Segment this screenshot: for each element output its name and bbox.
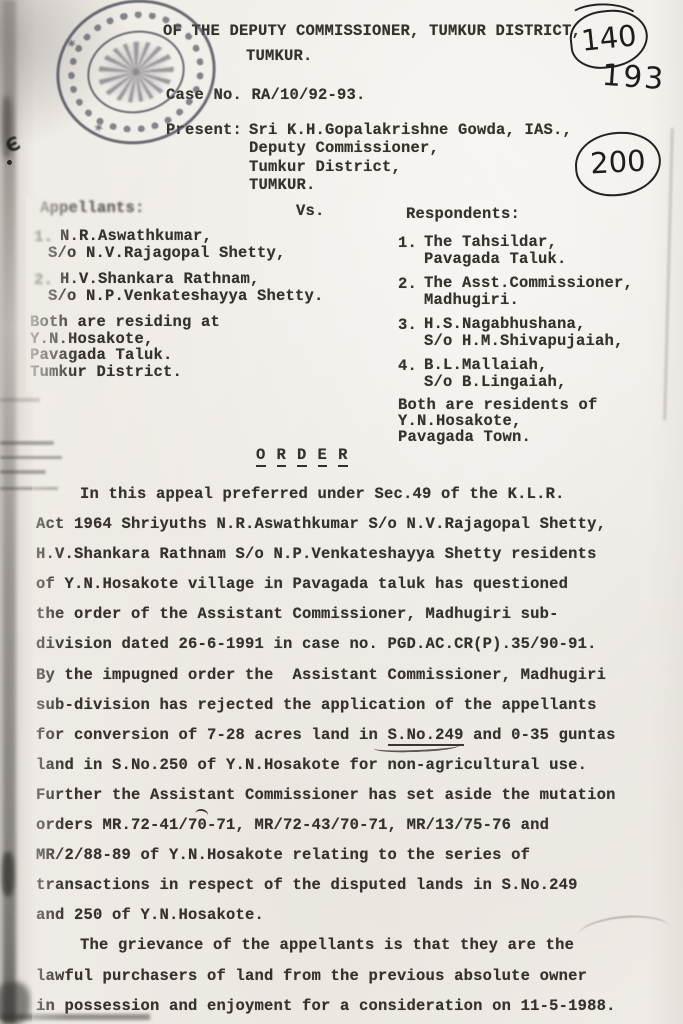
handwritten-number-annotation: 193 <box>601 58 667 97</box>
scan-streak <box>0 470 46 474</box>
appellants-list: 1.N.R.Aswathkumar,S/o N.V.Rajagopal Shet… <box>34 228 324 314</box>
order-heading-letter: E <box>318 446 328 467</box>
appellants-label: Appellants: <box>40 199 145 217</box>
party-item: 3.H.S.Nagabhushana,S/o H.M.Shivapujaiah, <box>398 316 633 349</box>
respondents-list: 1.The Tahsildar,Pavagada Taluk.2.The Ass… <box>398 234 633 398</box>
order-line: H.V.Shankara Rathnam S/o N.P.Venkateshay… <box>36 539 646 569</box>
order-line: land in S.No.250 of Y.N.Hosakote for non… <box>36 750 646 780</box>
order-line: The grievance of the appellants is that … <box>36 930 646 960</box>
order-heading-letter: R <box>277 446 287 467</box>
party-item: 2.H.V.Shankara Rathnam,S/o N.P.Venkatesh… <box>34 271 324 304</box>
order-heading-letter: R <box>338 446 348 467</box>
text-line: Deputy Commissioner, <box>249 139 572 157</box>
party-name-lines: The Tahsildar,Pavagada Taluk. <box>424 234 567 267</box>
order-line: orders MR.72-41/70-71, MR/72-43/70-71, M… <box>36 810 646 840</box>
text-line: Tumkur District, <box>249 158 572 176</box>
order-line: for conversion of 7-28 acres land in S.N… <box>36 720 646 750</box>
court-title-line1: OF THE DEPUTY COMMISSIONER, TUMKUR DISTR… <box>163 22 581 40</box>
respondents-address: Both are residents ofY.N.Hosakote,Pavaga… <box>398 398 598 445</box>
order-line: of Y.N.Hosakote village in Pavagada talu… <box>36 569 646 599</box>
party-item: 1.The Tahsildar,Pavagada Taluk. <box>398 234 633 267</box>
court-title-line2: TUMKUR. <box>246 47 313 65</box>
party-number: 1. <box>398 234 424 267</box>
circled-number-annotation: 200 <box>573 130 662 198</box>
party-number: 1. <box>34 228 60 261</box>
pen-dot-mark <box>7 160 12 165</box>
order-body-text: In this appeal preferred under Sec.49 of… <box>36 479 646 1021</box>
order-line: and 250 of Y.N.Hosakote. <box>36 900 646 930</box>
paper-fold-line <box>663 128 674 420</box>
party-number: 2. <box>34 271 60 304</box>
order-line: the order of the Assistant Commissioner,… <box>36 599 646 629</box>
order-line: sub-division has rejected the applicatio… <box>36 690 646 720</box>
appellants-address: Both are residing atY.N.Hosakote,Pavagad… <box>30 314 220 380</box>
party-item: 4.B.L.Mallaiah,S/o B.Lingaiah, <box>398 357 633 390</box>
scan-streak <box>0 456 62 459</box>
order-heading: ORDER <box>256 446 359 467</box>
order-heading-letter: O <box>256 446 266 467</box>
respondents-label: Respondents: <box>406 205 520 223</box>
present-officer-details: Sri K.H.Gopalakrishne Gowda, IAS.,Deputy… <box>249 121 572 195</box>
party-name-lines: N.R.Aswathkumar,S/o N.V.Rajagopal Shetty… <box>60 228 286 261</box>
order-line: Further the Assistant Commissioner has s… <box>36 780 646 810</box>
party-number: 2. <box>398 275 424 308</box>
party-item: 1.N.R.Aswathkumar,S/o N.V.Rajagopal Shet… <box>34 228 324 261</box>
scanned-document-page: Є * * 140 193 200 OF THE DEPUTY COMMISSI… <box>0 0 683 1024</box>
order-line: By the impugned order the Assistant Comm… <box>36 660 646 690</box>
caret-marked-text: 0 <box>198 816 208 834</box>
order-line: in possession and enjoyment for a consid… <box>36 991 646 1021</box>
order-heading-letter: D <box>297 446 307 467</box>
party-name-lines: The Asst.Commissioner,Madhugiri. <box>424 275 633 308</box>
order-line: division dated 26-6-1991 in case no. PGD… <box>36 629 646 659</box>
text-line: Y.N.Hosakote, <box>30 331 220 348</box>
scan-smudge <box>2 852 14 896</box>
versus-label: Vs. <box>296 202 325 220</box>
scan-streak <box>0 398 40 402</box>
text-line: TUMKUR. <box>249 176 572 194</box>
order-line: lawful purchasers of land from the previ… <box>36 961 646 991</box>
order-line: In this appeal preferred under Sec.49 of… <box>36 479 646 509</box>
order-line: Act 1964 Shriyuths N.R.Aswathkumar S/o N… <box>36 509 646 539</box>
text-line: Tumkur District. <box>30 364 220 381</box>
party-number: 3. <box>398 316 424 349</box>
party-number: 4. <box>398 357 424 390</box>
order-line: MR/2/88-89 of Y.N.Hosakote relating to t… <box>36 840 646 870</box>
party-name-lines: H.V.Shankara Rathnam,S/o N.P.Venkateshay… <box>60 271 324 304</box>
underline-marked-text: S.No.249 <box>388 726 464 746</box>
text-line: Both are residing at <box>30 314 220 331</box>
order-line: transactions in respect of the disputed … <box>36 870 646 900</box>
party-name-lines: H.S.Nagabhushana,S/o H.M.Shivapujaiah, <box>424 316 624 349</box>
text-line: Pavagada Taluk. <box>30 347 220 364</box>
text-line: Pavagada Town. <box>398 430 598 446</box>
text-line: Sri K.H.Gopalakrishne Gowda, IAS., <box>249 121 572 139</box>
party-item: 2.The Asst.Commissioner,Madhugiri. <box>398 275 633 308</box>
party-name-lines: B.L.Mallaiah,S/o B.Lingaiah, <box>424 357 567 390</box>
scan-streak <box>0 441 54 445</box>
